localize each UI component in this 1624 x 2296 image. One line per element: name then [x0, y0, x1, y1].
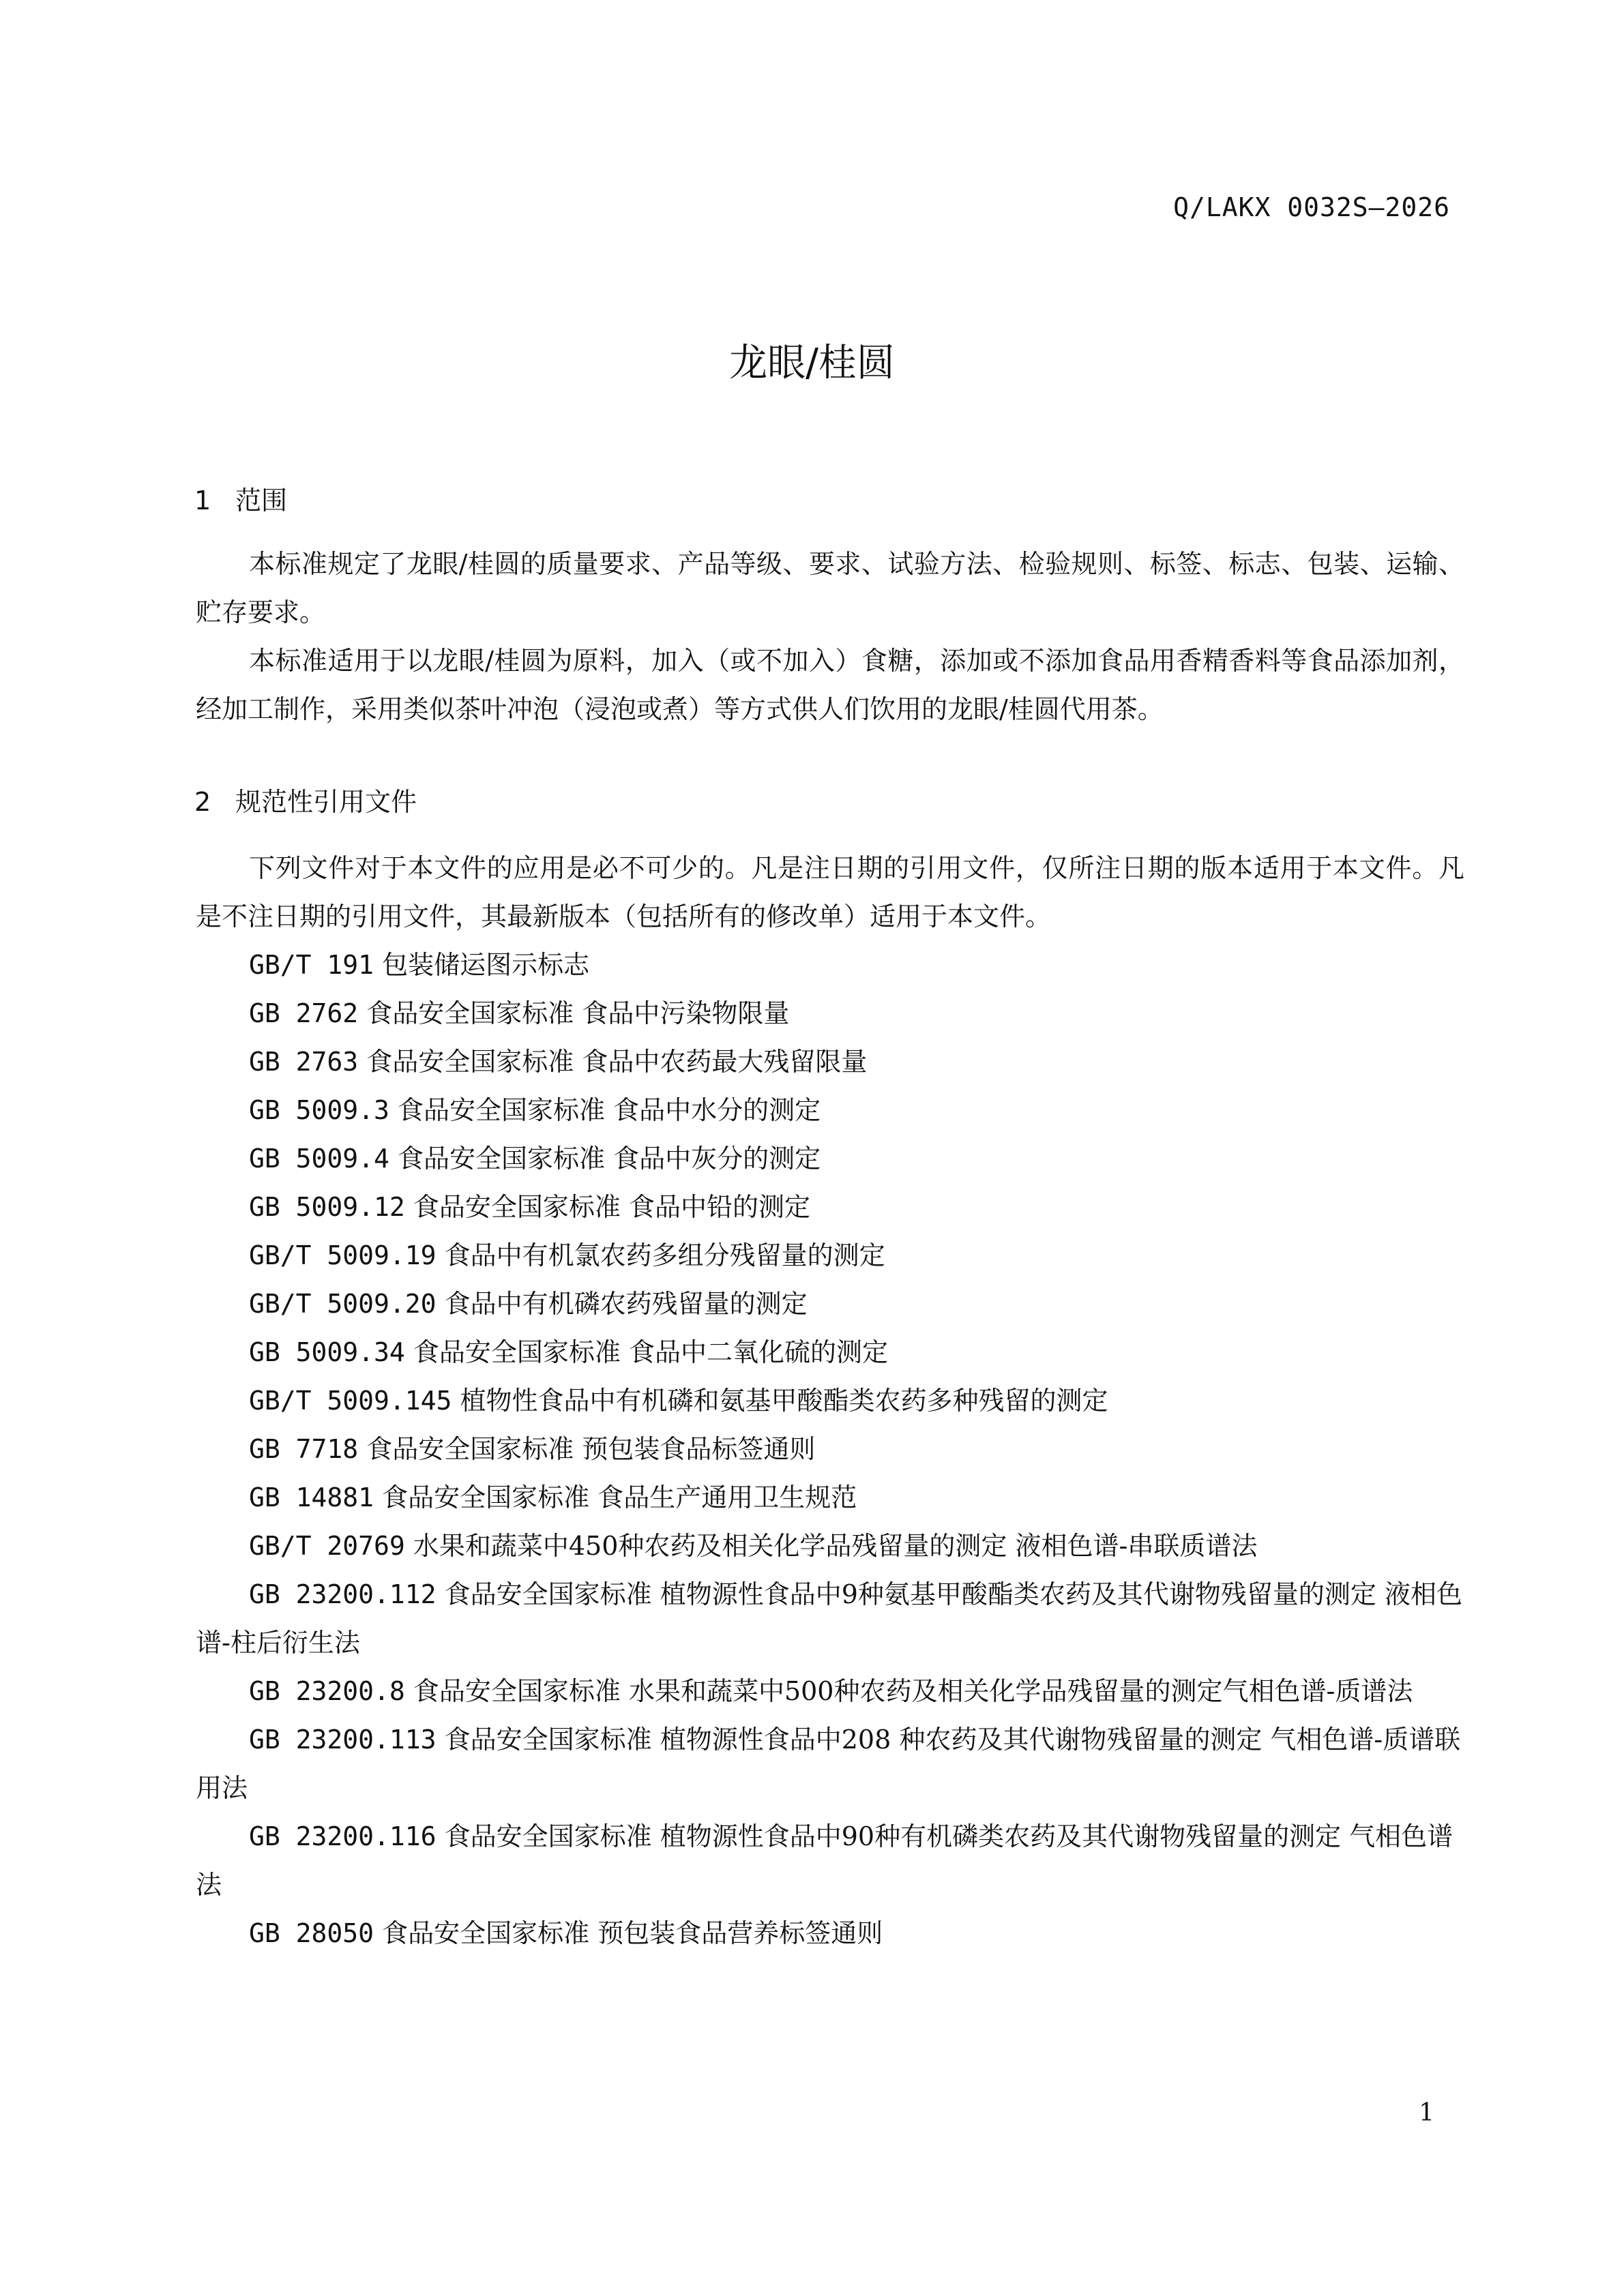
- reference-item: GB/T 5009.20 食品中有机磷农药残留量的测定: [196, 1280, 1464, 1328]
- reference-code: GB/T 5009.20: [249, 1289, 437, 1319]
- reference-item: GB 5009.12 食品安全国家标准 食品中铅的测定: [196, 1183, 1464, 1232]
- reference-code: GB 5009.34: [249, 1337, 405, 1367]
- reference-item: GB/T 5009.19 食品中有机氯农药多组分残留量的测定: [196, 1232, 1464, 1280]
- reference-item: GB 23200.112 食品安全国家标准 植物源性食品中9种氨基甲酸酯类农药及…: [196, 1570, 1464, 1667]
- section-number: 2: [194, 787, 235, 817]
- reference-item: GB 14881 食品安全国家标准 食品生产通用卫生规范: [196, 1474, 1464, 1522]
- section-title: 范围: [235, 479, 287, 517]
- reference-item: GB 2762 食品安全国家标准 食品中污染物限量: [196, 989, 1464, 1038]
- document-page: Q/LAKX 0032S—2026 龙眼/桂圆 1 范围 本标准规定了龙眼/桂圆…: [0, 0, 1624, 2296]
- reference-item: GB 5009.3 食品安全国家标准 食品中水分的测定: [196, 1086, 1464, 1135]
- reference-item: GB/T 20769 水果和蔬菜中450种农药及相关化学品残留量的测定 液相色谱…: [196, 1522, 1464, 1570]
- section-heading-normative-references: 2 规范性引用文件: [194, 781, 417, 818]
- reference-item: GB/T 191 包装储运图示标志: [196, 941, 1464, 989]
- reference-title: 食品安全国家标准 水果和蔬菜中500种农药及相关化学品残留量的测定气相色谱-质谱…: [413, 1676, 1413, 1706]
- reference-code: GB/T 5009.145: [249, 1386, 452, 1416]
- reference-item: GB/T 5009.145 植物性食品中有机磷和氨基甲酸酯类农药多种残留的测定: [196, 1377, 1464, 1425]
- paragraph: 本标准适用于以龙眼/桂圆为原料，加入（或不加入）食糖，添加或不添加食品用香精香料…: [196, 637, 1464, 734]
- reference-title: 食品安全国家标准 食品中灰分的测定: [398, 1144, 821, 1174]
- reference-item: GB 23200.113 食品安全国家标准 植物源性食品中208 种农药及其代谢…: [196, 1716, 1464, 1813]
- reference-title: 食品安全国家标准 食品中水分的测定: [398, 1095, 821, 1125]
- reference-title: 食品安全国家标准 食品中农药最大残留限量: [366, 1047, 867, 1077]
- reference-code: GB 5009.3: [249, 1095, 389, 1125]
- reference-code: GB 7718: [249, 1434, 358, 1464]
- reference-title: 食品安全国家标准 食品中铅的测定: [413, 1192, 810, 1222]
- reference-code: GB/T 20769: [249, 1531, 405, 1561]
- section-title: 规范性引用文件: [235, 781, 417, 818]
- reference-code: GB 2763: [249, 1047, 358, 1077]
- reference-item: GB 5009.34 食品安全国家标准 食品中二氧化硫的测定: [196, 1328, 1464, 1377]
- reference-title: 食品安全国家标准 预包装食品标签通则: [366, 1434, 815, 1464]
- reference-code: GB 2762: [249, 998, 358, 1028]
- reference-title: 食品中有机氯农药多组分残留量的测定: [445, 1240, 885, 1270]
- reference-title: 食品安全国家标准 预包装食品营养标签通则: [382, 1918, 883, 1948]
- reference-code: GB 23200.112: [249, 1579, 437, 1609]
- reference-title: 包装储运图示标志: [382, 950, 589, 980]
- standard-code: Q/LAKX 0032S—2026: [1173, 192, 1450, 222]
- scope-body: 本标准规定了龙眼/桂圆的质量要求、产品等级、要求、试验方法、检验规则、标签、标志…: [196, 540, 1464, 734]
- section-heading-scope: 1 范围: [194, 479, 287, 517]
- reference-list: GB/T 191 包装储运图示标志 GB 2762 食品安全国家标准 食品中污染…: [196, 941, 1464, 1958]
- reference-code: GB 23200.116: [249, 1821, 437, 1851]
- reference-code: GB 28050: [249, 1918, 374, 1948]
- reference-title: 食品中有机磷农药残留量的测定: [445, 1289, 808, 1319]
- reference-item: GB 23200.8 食品安全国家标准 水果和蔬菜中500种农药及相关化学品残留…: [196, 1667, 1464, 1716]
- reference-title: 食品安全国家标准 食品中污染物限量: [366, 998, 789, 1028]
- reference-code: GB 5009.4: [249, 1144, 389, 1174]
- reference-title: 水果和蔬菜中450种农药及相关化学品残留量的测定 液相色谱-串联质谱法: [413, 1531, 1257, 1561]
- section-number: 1: [194, 486, 235, 516]
- reference-code: GB/T 191: [249, 950, 374, 980]
- reference-title: 食品安全国家标准 食品生产通用卫生规范: [382, 1482, 857, 1512]
- reference-title: 植物性食品中有机磷和氨基甲酸酯类农药多种残留的测定: [460, 1386, 1108, 1416]
- reference-item: GB 7718 食品安全国家标准 预包装食品标签通则: [196, 1425, 1464, 1474]
- reference-code: GB 23200.8: [249, 1676, 405, 1706]
- reference-code: GB/T 5009.19: [249, 1240, 437, 1270]
- reference-item: GB 28050 食品安全国家标准 预包装食品营养标签通则: [196, 1909, 1464, 1958]
- reference-code: GB 14881: [249, 1482, 374, 1512]
- normative-references-body: 下列文件对于本文件的应用是必不可少的。凡是注日期的引用文件，仅所注日期的版本适用…: [196, 844, 1464, 1958]
- document-title: 龙眼/桂圆: [0, 333, 1624, 387]
- page-number: 1: [1419, 2099, 1434, 2127]
- reference-item: GB 23200.116 食品安全国家标准 植物源性食品中90种有机磷类农药及其…: [196, 1813, 1464, 1909]
- reference-code: GB 23200.113: [249, 1725, 437, 1755]
- paragraph: 下列文件对于本文件的应用是必不可少的。凡是注日期的引用文件，仅所注日期的版本适用…: [196, 844, 1464, 941]
- reference-title: 食品安全国家标准 食品中二氧化硫的测定: [413, 1337, 888, 1367]
- paragraph: 本标准规定了龙眼/桂圆的质量要求、产品等级、要求、试验方法、检验规则、标签、标志…: [196, 540, 1464, 637]
- reference-code: GB 5009.12: [249, 1192, 405, 1222]
- reference-item: GB 5009.4 食品安全国家标准 食品中灰分的测定: [196, 1135, 1464, 1183]
- reference-item: GB 2763 食品安全国家标准 食品中农药最大残留限量: [196, 1038, 1464, 1086]
